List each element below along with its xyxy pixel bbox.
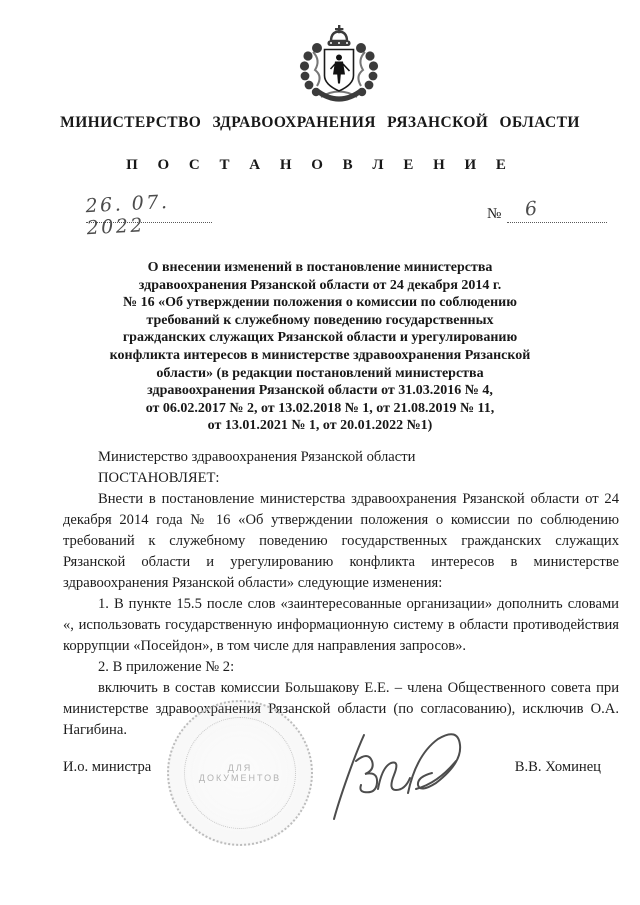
decree-body-paragraph: 2. В приложение № 2:: [63, 657, 619, 678]
decree-body: Министерство здравоохранения Рязанской о…: [63, 447, 619, 741]
decree-body-paragraph: Внести в постановление министерства здра…: [63, 489, 619, 594]
decree-body-paragraph: 1. В пункте 15.5 после слов «заинтересов…: [63, 594, 619, 657]
decree-title-line: гражданских служащих Рязанской области и…: [70, 329, 570, 347]
decree-title: О внесении изменений в постановление мин…: [70, 259, 570, 435]
decree-title-line: области» (в редакции постановлений минис…: [70, 365, 570, 383]
document-number-label: №: [487, 206, 501, 223]
ryazan-coat-of-arms-icon: [291, 24, 387, 108]
document-type-title: П О С Т А Н О В Л Е Н И Е: [0, 157, 640, 174]
decree-document-page: МИНИСТЕРСТВО ЗДРАВООХРАНЕНИЯ РЯЗАНСКОЙ О…: [0, 0, 640, 905]
minister-handwritten-signature-icon: [320, 727, 472, 835]
decree-title-line: здравоохранения Рязанской области от 31.…: [70, 382, 570, 400]
document-number-line: 6: [507, 198, 607, 223]
decree-title-line: конфликта интересов в министерстве здрав…: [70, 347, 570, 365]
document-number-field: №6: [487, 198, 607, 223]
decree-body-paragraph: ПОСТАНОВЛЯЕТ:: [63, 468, 619, 489]
stamp-line: ДОКУМЕНТОВ: [199, 773, 281, 783]
handwritten-date: 26. 07. 2022: [85, 189, 213, 240]
signer-name: В.В. Хоминец: [515, 759, 601, 776]
decree-title-line: № 16 «Об утверждении положения о комисси…: [70, 294, 570, 312]
handwritten-document-number: 6: [524, 197, 538, 220]
decree-title-line: от 06.02.2017 № 2, от 13.02.2018 № 1, от…: [70, 400, 570, 418]
signer-position: И.о. министра: [63, 759, 151, 776]
decree-body-paragraph: Министерство здравоохранения Рязанской о…: [63, 447, 619, 468]
date-field: 26. 07. 2022: [86, 190, 212, 223]
decree-title-line: здравоохранения Рязанской области от 24 …: [70, 277, 570, 295]
decree-title-line: О внесении изменений в постановление мин…: [70, 259, 570, 277]
ministry-name: МИНИСТЕРСТВО ЗДРАВООХРАНЕНИЯ РЯЗАНСКОЙ О…: [0, 114, 640, 132]
stamp-line: ДЛЯ: [228, 763, 253, 773]
decree-title-line: от 13.01.2021 № 1, от 20.01.2022 №1): [70, 417, 570, 435]
decree-title-line: требований к служебному поведению госуда…: [70, 312, 570, 330]
